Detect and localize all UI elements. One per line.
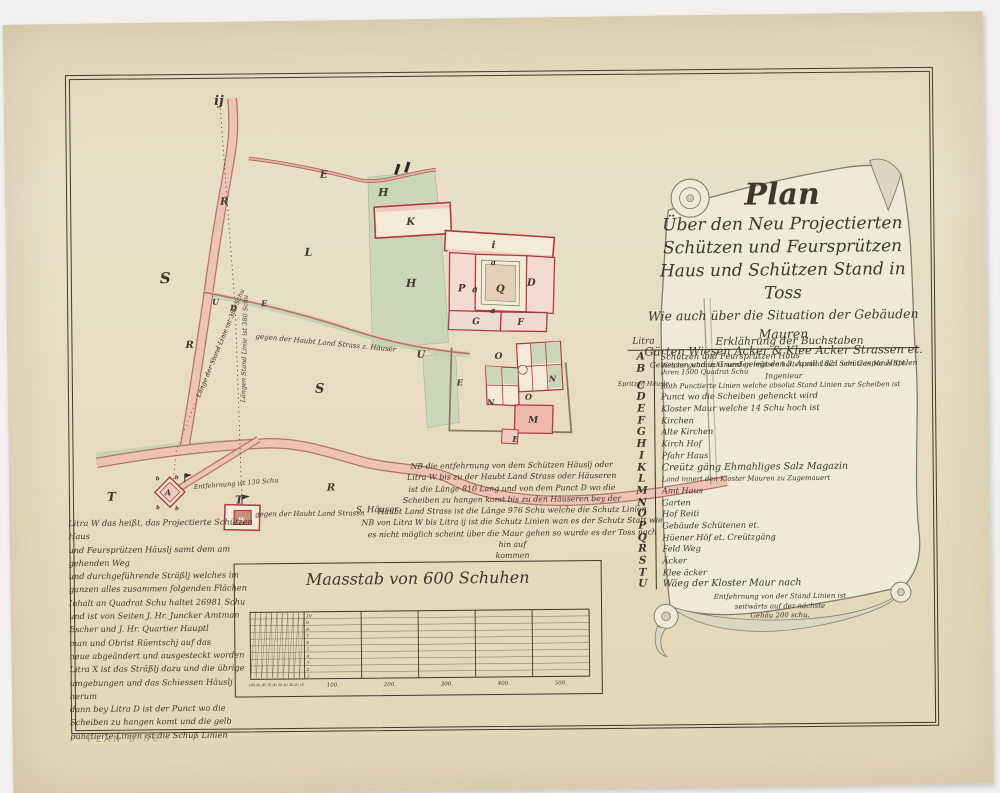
title-line-3: Haus und Schützen Stand in Toss — [639, 258, 927, 307]
legend-text: Land innert den Kloster Mauren zu Zugema… — [656, 474, 830, 484]
legend-text: Alte Kirchen — [655, 426, 713, 437]
label-t-left: T — [107, 490, 117, 504]
label-a-top: a — [491, 257, 496, 267]
label-l-field: L — [304, 246, 313, 259]
title-line-2: Schützen und Feursprützen — [638, 235, 926, 261]
legend-text: Kloster Maur welche 14 Schu hoch ist — [655, 402, 820, 414]
left-note-line: Litra W das heißt, das Projectierte Schü… — [68, 515, 254, 543]
legend-text: Kirchen — [655, 415, 694, 425]
legend-footnote: Entfehrnung von der Stand Linien ist sei… — [670, 591, 890, 622]
gate-mark-2 — [404, 162, 410, 173]
legend-letter: B — [628, 362, 655, 379]
legend-letter: A — [628, 351, 655, 363]
green-kirchhof-lower — [423, 352, 460, 427]
label-e-upper: E — [319, 170, 328, 181]
label-s-mid: S — [315, 382, 325, 397]
label-m-building: M — [527, 416, 539, 426]
label-o-lower: O — [525, 392, 532, 402]
nb-note: NB die entfehrnung von dem Schützen Häus… — [361, 458, 664, 563]
legend-letter: D — [628, 391, 655, 403]
legend-letter: U — [630, 578, 657, 590]
wing-f — [500, 312, 547, 332]
label-n-lower: N — [486, 397, 495, 407]
label-o-yard: O — [495, 352, 503, 362]
label-n-upper: N — [548, 373, 557, 383]
legend-text: Klee äcker — [657, 567, 707, 577]
legend-header-litra: Litra — [627, 336, 659, 348]
label-u-mid: U — [212, 297, 220, 307]
label-t-mid: T — [235, 493, 244, 506]
label-r-left: R — [184, 340, 193, 351]
note-distance: Entfehrnung ist 130 Schu — [192, 476, 278, 491]
note-road-low: gegen der Haubt Land Strassn — [255, 509, 365, 518]
label-r-upper: R — [219, 197, 228, 208]
gate-mark-1 — [394, 164, 400, 175]
label-i-building: i — [491, 240, 495, 251]
scalebar-title: Maasstab von 600 Schuhen — [235, 567, 601, 590]
left-note-line: und Feursprützen Häuslj samt dem am gehe… — [68, 542, 254, 570]
title-line-1: Über den Neu Projectierten — [638, 212, 926, 238]
road-left — [181, 99, 236, 448]
label-b2: b — [156, 476, 160, 482]
archive-stamp: PLAN B 86 — [87, 734, 161, 745]
label-e-mid: E — [260, 298, 268, 308]
label-b3: b — [156, 505, 160, 511]
garden-cell-green-5 — [503, 368, 518, 385]
legend-text: Kirch Hof — [655, 438, 701, 448]
label-r-lower: R — [326, 483, 335, 494]
label-e-wall: E — [456, 377, 464, 387]
nb-line: es nicht möglich scheint über die Maur g… — [361, 526, 663, 551]
garden-cell-green-2 — [544, 341, 560, 363]
label-e-bottom: E — [511, 434, 519, 444]
left-note-line: Litra X ist das Sträßlj dazu und die übr… — [70, 662, 256, 677]
legend-letter: E — [628, 403, 655, 415]
legend-header-title: Erklährung der Buchstaben — [659, 334, 919, 348]
legend-text: Pfahr Haus — [656, 450, 709, 461]
left-note: Litra W das heißt, das Projectierte Schü… — [68, 515, 256, 743]
garden-cell-green-1 — [530, 343, 545, 365]
label-f-wing: F — [516, 318, 524, 328]
legend-row-u: UWäeg der Kloster Maur nach — [630, 575, 922, 589]
label-h-upper: H — [377, 186, 389, 199]
label-s-left: S — [160, 269, 171, 287]
legend-letter: F — [628, 414, 655, 426]
legend-text: Creütz gäng Ehmahliges Salz Magazin — [656, 460, 849, 473]
left-note-line: Scheiben zu hangen komt und die gelb — [70, 715, 256, 730]
label-b1: b — [175, 475, 179, 481]
legend: Litra Erklährung der Buchstaben ASchütze… — [627, 334, 922, 622]
legend-text: Wäeg der Kloster Maur nach — [657, 577, 802, 589]
label-u-road: U — [417, 350, 427, 361]
label-a-left: a — [472, 285, 478, 295]
wing-p — [449, 252, 477, 312]
label-a-bottom: a — [490, 305, 495, 315]
legend-side-note: Spritzen Häusle — [618, 380, 688, 388]
label-g-wing: G — [472, 317, 480, 327]
legend-text: Gebäude Schütenen et. — [656, 519, 759, 530]
left-note-line: und ist von Seiten J. Hr. Juncker Amtman — [69, 608, 255, 623]
legend-letter: G — [628, 426, 655, 438]
legend-text: Welche gebraucht werden müssen halten sa… — [655, 360, 920, 377]
plan-plate: ij E R H K L S H i P a Q D a a G F U O E — [0, 0, 1000, 793]
title-line-plan: Plan — [638, 176, 926, 215]
scalebar-box: Maasstab von 600 Schuhen — [234, 560, 603, 698]
legend-text: Punct wo die Scheiben gehenckt wird — [655, 390, 818, 402]
garden-cell-green-4 — [486, 366, 503, 385]
label-k-building: K — [405, 217, 416, 228]
label-ij: ij — [214, 94, 224, 109]
label-h-green: H — [405, 277, 417, 290]
legend-letter: H — [628, 438, 655, 450]
note-standline-vertical: Längen Stand Linie ist 380 Schu — [239, 295, 250, 404]
label-b4: b — [175, 506, 179, 512]
label-d-wing: D — [526, 278, 536, 289]
scanned-plan-page: ij E R H K L S H i P a Q D a a G F U O E — [0, 0, 1000, 793]
left-note-line: umgebungen und das Schiessen Häuslj heru… — [70, 675, 256, 703]
scroll-curl-tail — [655, 626, 666, 656]
legend-text: Hüener Höf et. Creützgäng — [656, 531, 776, 542]
label-a-house: A — [164, 487, 171, 497]
label-p-wing: P — [457, 283, 466, 294]
legend-letter: T — [630, 566, 657, 578]
label-q-court: Q — [496, 284, 505, 295]
garden-well — [518, 365, 527, 374]
